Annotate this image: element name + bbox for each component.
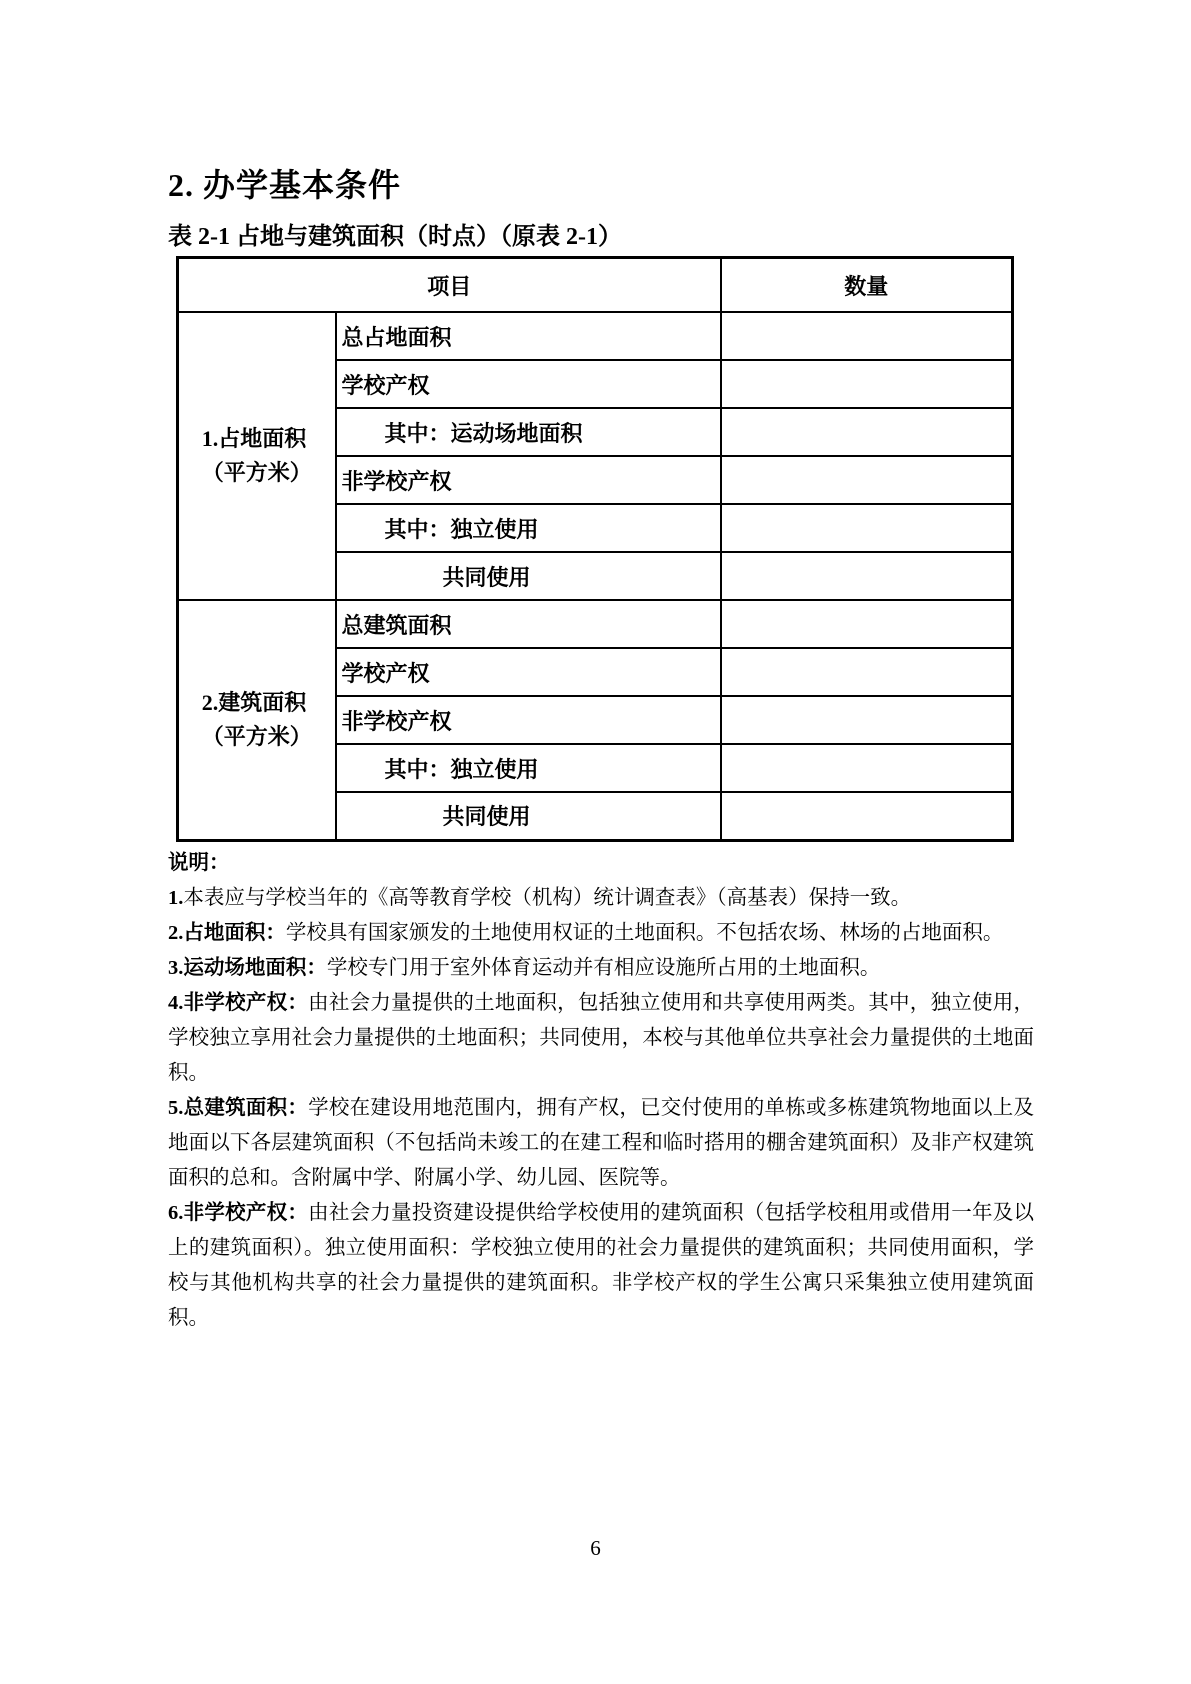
notes-title: 说明： [168,846,1034,881]
note-item-1: 1.本表应与学校当年的《高等教育学校（机构）统计调查表》（高基表）保持一致。 [168,881,1034,916]
note-item-6: 6.非学校产权：由社会力量投资建设提供给学校使用的建筑面积（包括学校租用或借用一… [168,1196,1034,1336]
row-label: 学校产权 [336,648,721,696]
value-cell [721,648,1013,696]
row-label: 学校产权 [336,360,721,408]
table-title: 表 2-1 占地与建筑面积（时点）（原表 2-1） [168,216,622,251]
value-cell [721,408,1013,456]
value-cell [721,360,1013,408]
note-text: 学校专门用于室外体育运动并有相应设施所占用的土地面积。 [327,957,881,979]
row-label: 共同使用 [336,552,721,600]
row-label: 非学校产权 [336,456,721,504]
row-label: 其中：运动场地面积 [336,408,721,456]
page-heading: 2. 办学基本条件 [168,160,401,206]
note-item-3: 3.运动场地面积：学校专门用于室外体育运动并有相应设施所占用的土地面积。 [168,951,1034,986]
notes-section: 说明： 1.本表应与学校当年的《高等教育学校（机构）统计调查表》（高基表）保持一… [168,846,1034,1336]
header-cell-quantity: 数量 [721,258,1013,313]
value-cell [721,600,1013,648]
table-header-row: 项目 数量 [178,258,1013,313]
value-cell [721,792,1013,840]
value-cell [721,744,1013,792]
note-lead: 5.总建筑面积： [168,1097,308,1119]
group-label-line2: （平方米） [202,724,312,749]
note-text: 本表应与学校当年的《高等教育学校（机构）统计调查表》（高基表）保持一致。 [183,887,911,909]
note-item-4: 4.非学校产权：由社会力量提供的土地面积，包括独立使用和共享使用两类。其中，独立… [168,986,1034,1091]
row-label: 其中：独立使用 [336,504,721,552]
note-item-2: 2.占地面积：学校具有国家颁发的土地使用权证的土地面积。不包括农场、林场的占地面… [168,916,1034,951]
value-cell [721,504,1013,552]
area-form-table: 项目 数量 1.占地面积 （平方米） 总占地面积 学校产权 其中：运动场地面积 … [176,256,1014,842]
note-lead: 6.非学校产权： [168,1202,308,1224]
header-cell-item: 项目 [178,258,721,313]
group-cell-land-area: 1.占地面积 （平方米） [178,312,336,600]
value-cell [721,552,1013,600]
group-label-line1: 1.占地面积 [202,426,307,451]
page-number: 6 [0,1536,1191,1561]
group-label-line1: 2.建筑面积 [202,690,307,715]
group-label-line2: （平方米） [202,460,312,485]
row-label: 总占地面积 [336,312,721,360]
row-label: 非学校产权 [336,696,721,744]
note-lead: 2.占地面积： [168,922,286,944]
value-cell [721,312,1013,360]
table-row: 2.建筑面积 （平方米） 总建筑面积 [178,600,1013,648]
group-label: 2.建筑面积 （平方米） [202,686,312,754]
note-item-5: 5.总建筑面积：学校在建设用地范围内，拥有产权，已交付使用的单栋或多栋建筑物地面… [168,1091,1034,1196]
group-label: 1.占地面积 （平方米） [202,422,312,490]
note-lead: 1. [168,887,183,909]
value-cell [721,456,1013,504]
note-lead: 3.运动场地面积： [168,957,327,979]
value-cell [721,696,1013,744]
note-lead: 4.非学校产权： [168,992,308,1014]
table-row: 1.占地面积 （平方米） 总占地面积 [178,312,1013,360]
group-cell-building-area: 2.建筑面积 （平方米） [178,600,336,840]
note-text: 学校具有国家颁发的土地使用权证的土地面积。不包括农场、林场的占地面积。 [286,922,1004,944]
row-label: 总建筑面积 [336,600,721,648]
row-label: 共同使用 [336,792,721,840]
row-label: 其中：独立使用 [336,744,721,792]
